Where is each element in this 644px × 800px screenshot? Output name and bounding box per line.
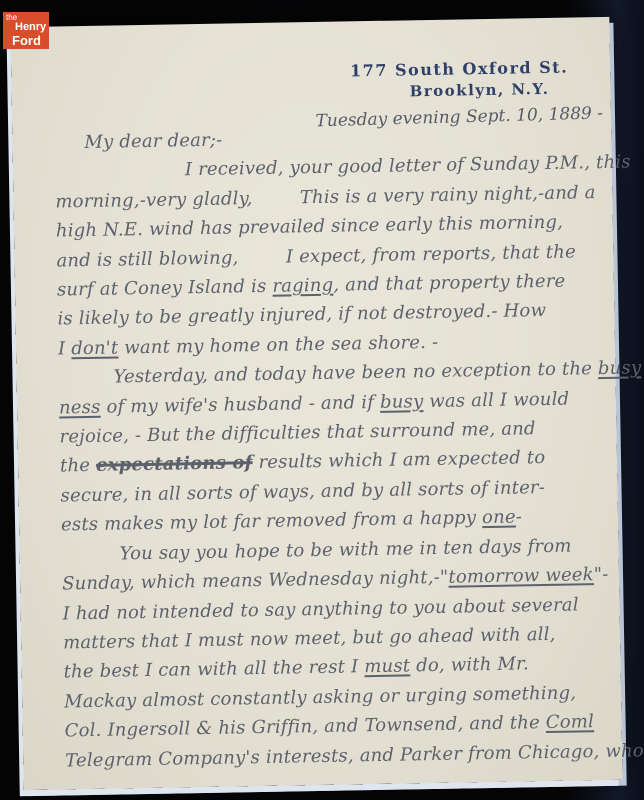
text-segment: I had not intended to say anything to yo… bbox=[62, 594, 578, 624]
henry-ford-museum-logo: the Henry Ford bbox=[3, 12, 49, 49]
underlined-text: raging bbox=[272, 275, 333, 297]
text-segment: and is still blowing, I expect, from rep… bbox=[56, 241, 576, 271]
text-segment: surf at Coney Island is bbox=[57, 276, 273, 301]
text-segment: "- bbox=[594, 564, 609, 585]
letterhead-address: 177 South Oxford St. Brooklyn, N.Y. bbox=[350, 58, 569, 102]
text-segment: want my home on the sea shore. - bbox=[118, 332, 438, 359]
text-segment: I received, your good letter of Sunday P… bbox=[185, 152, 631, 181]
logo-word-ford: Ford bbox=[3, 34, 49, 47]
text-segment: Sunday, which means Wednesday night,-" bbox=[62, 567, 449, 595]
text-segment: high N.E. wind has prevailed since early… bbox=[56, 212, 563, 242]
underlined-text: Coml bbox=[546, 711, 595, 733]
underlined-text: must bbox=[364, 656, 410, 678]
underlined-text: busy bbox=[598, 358, 642, 380]
text-segment: Telegram Company's interests, and Parker… bbox=[65, 740, 644, 771]
text-segment: Mackay almost constantly asking or urgin… bbox=[64, 682, 576, 712]
text-segment: the best I can with all the rest I bbox=[63, 657, 364, 683]
underlined-text: don't bbox=[71, 337, 118, 359]
text-segment: do, with Mr. bbox=[410, 654, 529, 677]
text-segment: is likely to be greatly injured, if not … bbox=[57, 300, 546, 330]
letterhead-street: 177 South Oxford St. bbox=[350, 58, 568, 81]
text-segment: , and that property there bbox=[333, 271, 565, 296]
underlined-text: busy bbox=[380, 391, 424, 413]
underlined-text: one bbox=[482, 507, 516, 529]
text-segment: rejoice, - But the difficulties that sur… bbox=[59, 418, 536, 447]
text-segment: You say you hope to be with me in ten da… bbox=[119, 535, 571, 564]
logo-word-henry: Henry bbox=[3, 22, 49, 33]
text-segment: Yesterday, and today have been no except… bbox=[113, 358, 598, 387]
letterhead-city: Brooklyn, N.Y. bbox=[370, 79, 588, 101]
text-segment: secure, in all sorts of ways, and by all… bbox=[60, 477, 545, 506]
letter-paper: 177 South Oxford St. Brooklyn, N.Y. Tues… bbox=[10, 17, 622, 790]
text-segment: results which I am expected to bbox=[252, 447, 545, 473]
underlined-text: tomorrow week bbox=[448, 564, 594, 588]
text-segment: - bbox=[516, 507, 523, 528]
text-segment: of my wife's husband - and if bbox=[100, 392, 380, 418]
photo-backdrop: { "logo": { "the": "the", "henry": "Henr… bbox=[0, 0, 644, 800]
letter-body: My dear dear;-I received, your good lett… bbox=[54, 119, 618, 775]
text-segment: matters that I must now meet, but go ahe… bbox=[63, 624, 556, 654]
text-segment: ests makes my lot far removed from a hap… bbox=[61, 507, 482, 535]
text-segment: Col. Ingersoll & his Griffin, and Townse… bbox=[64, 712, 545, 741]
text-segment: was all I would bbox=[423, 388, 569, 412]
struck-text: expectations of bbox=[96, 453, 253, 477]
text-segment: I bbox=[58, 338, 72, 359]
text-segment: the bbox=[60, 455, 96, 477]
underlined-text: ness bbox=[59, 396, 101, 418]
text-segment: My dear dear;- bbox=[84, 130, 222, 153]
